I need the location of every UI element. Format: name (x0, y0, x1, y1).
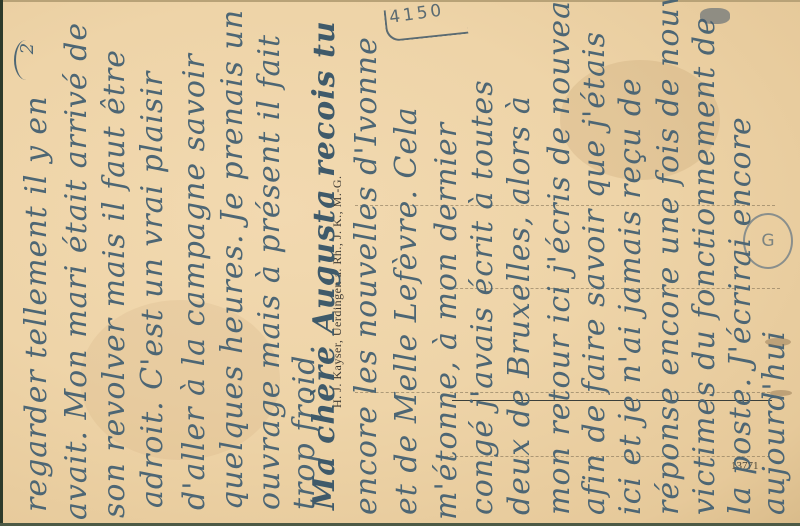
handwritten-line: ouvrage mais à présent il fait (255, 34, 285, 510)
handwritten-line: encore les nouvelles d'Ivonne (352, 36, 382, 515)
circled-letter: G (761, 231, 774, 251)
handwritten-line: son revolver mais il faut être (100, 49, 130, 518)
smudge (770, 390, 792, 396)
handwritten-line: et de Melle Lefèvre. Cela (392, 106, 422, 515)
handwritten-line: mon retour ici j'écris de nouveau (545, 0, 575, 515)
handwritten-line: avait. Mon mari était arrivé de (62, 22, 92, 520)
handwritten-line: regarder tellement il y en (22, 95, 52, 512)
handwritten-line: aujourd'hui (760, 330, 790, 515)
handwritten-line: la poste. J'écrirai encore (726, 116, 756, 515)
page-mark-number: 2 (17, 43, 38, 54)
handwritten-line: réponse encore une fois de nouvelles (654, 0, 684, 515)
smudge (765, 338, 791, 346)
postcard: H. J. Kayser, Uerdingen a. Rh., J. K., M… (0, 0, 800, 526)
handwritten-line: adroit. C'est un vrai plaisir (138, 71, 168, 508)
handwritten-line: afin de faire savoir que j'étais (580, 31, 610, 515)
card-left-edge (0, 0, 3, 526)
handwritten-line: victimes du fonctionnement de (690, 16, 720, 515)
handwritten-line: d'aller à la campagne savoir (180, 53, 210, 510)
handwritten-line: ici et je n'ai jamais reçu de (616, 77, 646, 515)
handwritten-line: m'étonne, à mon dernier (432, 122, 462, 520)
handwritten-line: Ma chère Augusta recois tu (310, 20, 340, 510)
handwritten-line: quelques heures. Je prenais un (218, 9, 248, 510)
handwritten-line: congé j'avais écrit à toutes (468, 79, 498, 515)
handwritten-line: deux de Bruxelles, alors à (505, 95, 535, 515)
ink-blot (700, 8, 730, 24)
